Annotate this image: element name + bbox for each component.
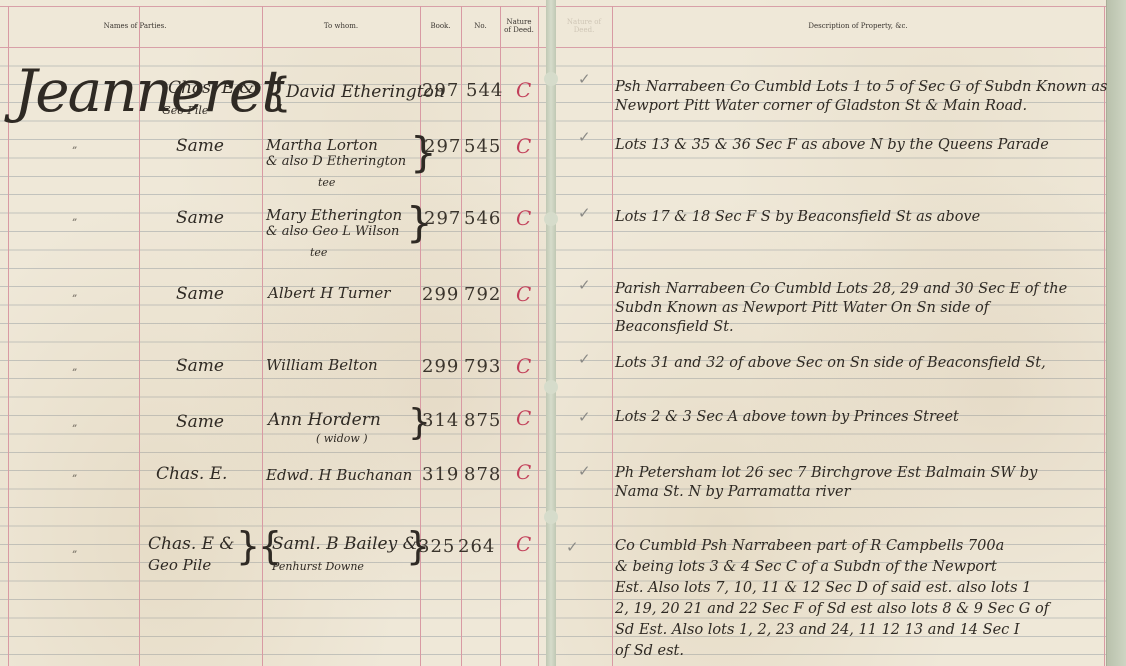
check-mark: ✓ [578,350,591,368]
to-whom-line3: tee [318,176,335,189]
ditto-mark: ” [72,294,77,305]
column-rule [538,6,539,666]
binding-hole [544,380,558,394]
header-book: Book. [420,6,461,46]
nature-of-deed-mark: C [516,206,531,230]
check-mark: ✓ [578,70,591,88]
to-whom: Ann Hordern [268,410,381,430]
brace: } [236,524,260,568]
entry-number: 878 [464,464,501,485]
margin-rule [8,6,9,666]
header-nature-faint: Nature of Deed. [556,6,612,46]
nature-of-deed-mark: C [516,460,531,484]
property-description: Lots 13 & 35 & 36 Sec F as above N by th… [615,136,1049,155]
to-whom: Mary Etherington [266,206,402,224]
header-no: No. [461,6,500,46]
header-description: Description of Property, &c. [612,6,1104,46]
party-name: Same [176,412,224,432]
property-description: Ph Petersham lot 26 sec 7 Birchgrove Est… [615,464,1037,502]
property-description: Lots 2 & 3 Sec A above town by Princes S… [615,408,959,427]
book-number: 319 [422,464,459,485]
party-name: Chas. E. [156,464,227,484]
nature-of-deed-mark: C [516,78,531,102]
to-whom: Albert H Turner [268,284,390,302]
column-rule [461,6,462,666]
column-rule [612,6,613,666]
entry-number: 546 [464,208,501,229]
entry-number: 264 [458,536,495,557]
page-edge [1106,0,1126,666]
book-number: 314 [422,410,459,431]
entry-number: 544 [466,80,503,101]
book-number: 297 [422,80,459,101]
check-mark: ✓ [578,408,591,426]
ditto-mark: ” [72,368,77,379]
ditto-mark: ” [72,218,77,229]
to-whom-line3: tee [310,246,327,259]
entry-number: 545 [464,136,501,157]
to-whom-line2: ( widow ) [316,432,368,445]
party-name: Same [176,208,224,228]
property-description: Psh Narrabeen Co Cumbld Lots 1 to 5 of S… [615,78,1107,116]
check-mark: ✓ [566,538,579,556]
to-whom: Saml. B Bailey & [272,534,418,554]
to-whom-line2: & also Geo L Wilson [266,224,399,239]
header-to-whom: To whom. [262,6,420,46]
property-description: Lots 31 and 32 of above Sec on Sn side o… [615,354,1046,373]
nature-of-deed-mark: C [516,406,531,430]
check-mark: ✓ [578,128,591,146]
party-name-line2: Geo Pile [148,556,211,574]
check-mark: ✓ [578,204,591,222]
entry-number: 792 [464,284,501,305]
party-name: Same [176,284,224,304]
to-whom: William Belton [266,356,378,374]
to-whom: Martha Lorton [266,136,378,154]
property-description: Lots 17 & 18 Sec F S by Beaconsfield St … [615,208,980,227]
ditto-mark: ” [72,550,77,561]
entry-number: 875 [464,410,501,431]
party-name: Chas. E & [148,534,235,554]
binding-hole [544,212,558,226]
column-rule [500,6,501,666]
nature-of-deed-mark: C [516,354,531,378]
nature-of-deed-mark: C [516,134,531,158]
party-name: Chas. E & [168,78,255,98]
nature-of-deed-mark: C [516,532,531,556]
party-name-line2: Geo Pile [162,104,208,117]
entry-number: 793 [464,356,501,377]
nature-of-deed-mark: C [516,282,531,306]
book-binding-gutter [546,0,556,666]
book-number: 299 [422,356,459,377]
to-whom: Edwd. H Buchanan [266,466,412,484]
ditto-mark: ” [72,474,77,485]
book-number: 297 [424,208,461,229]
to-whom-line2: & also D Etherington [266,154,406,169]
party-name: Same [176,136,224,156]
party-name: Same [176,356,224,376]
header-nature-of-deed: Nature of Deed. [500,6,538,46]
ditto-mark: ” [72,424,77,435]
book-number: 325 [418,536,455,557]
binding-hole [544,72,558,86]
binding-hole [544,510,558,524]
ditto-mark: ” [72,146,77,157]
book-number: 297 [424,136,461,157]
header-names-of-parties: Names of Parties. [8,6,262,46]
to-whom: David Etherington [286,82,445,102]
check-mark: ✓ [578,276,591,294]
property-description: Co Cumbld Psh Narrabeen part of R Campbe… [615,536,1049,662]
property-description: Parish Narrabeen Co Cumbld Lots 28, 29 a… [615,280,1067,337]
check-mark: ✓ [578,462,591,480]
book-number: 299 [422,284,459,305]
to-whom-line2: Penhurst Downe [272,560,364,573]
